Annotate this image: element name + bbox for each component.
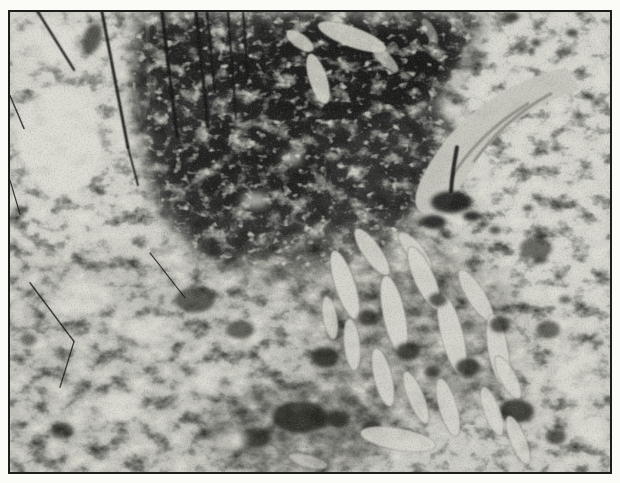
- halftone-grain-light: [10, 12, 610, 472]
- photograph: [10, 12, 610, 472]
- scanned-page: [0, 0, 620, 483]
- photo-frame: [8, 10, 612, 474]
